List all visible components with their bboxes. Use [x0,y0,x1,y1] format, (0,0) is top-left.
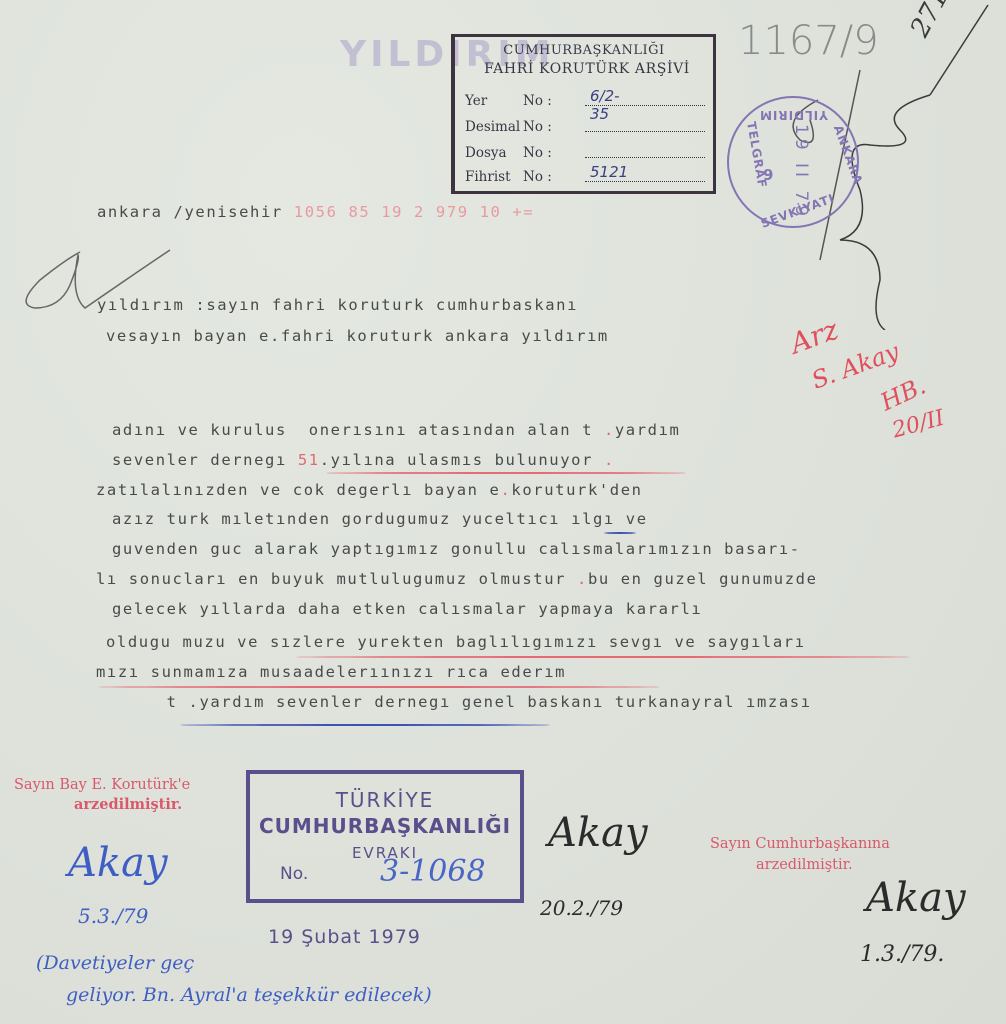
document-number: 3-1068 [380,854,520,889]
signature-akay-blue: Akay [68,840,168,886]
blue-mark [604,532,636,534]
body-line: adını ve kurulus onerısını atasından ala… [112,421,680,439]
signature-date-black: 20.2./79 [540,896,623,920]
archive-stamp-title: CUMHURBAŞKANLIĞI [455,43,713,58]
bottom-left-stamp-line2: arzedilmiştir. [74,796,182,813]
blue-underline [180,724,550,726]
body-line-signature: t .yardım sevenler dernegı genel baskanı… [112,693,812,711]
telegram-origin: ankara /yenisehir 1056 85 19 2 979 10 += [97,203,534,221]
archive-row-desimal: DesimalNo : [465,119,552,135]
body-line: gelecek yıllarda daha etken calısmalar y… [112,600,702,618]
bottom-left-stamp-line1: Sayın Bay E. Korutürk'e [14,777,190,793]
archive-row-dosya: DosyaNo : [465,145,552,161]
address-line-1: yıldırım :sayın fahri koruturk cumhurbas… [97,296,578,314]
stamp-date: 19 Şubat 1979 [268,926,421,948]
telegraph-circular-stamp: YILDIRIM TELGRAF SEVKİYATI ANKARA 19 II … [727,96,859,228]
bottom-right-stamp-line1: Sayın Cumhurbaşkanına [710,836,890,852]
archive-row-yer: YerNo : 6/2-35 [465,93,552,109]
body-line: mızı sunmamıza musaadelerıınızı rıca ede… [96,663,566,681]
signature-akay-black: Akay [548,810,648,856]
archive-yer-value: 6/2-35 [590,87,620,123]
signature-akay-right: Akay [866,875,966,921]
archive-stamp: CUMHURBAŞKANLIĞI FAHRİ KORUTÜRK ARŞİVİ Y… [451,34,716,194]
body-line: zatılalınızden ve cok degerlı bayan e.ko… [96,481,643,499]
red-underline [296,656,910,658]
presidency-document-stamp: TÜRKİYE CUMHURBAŞKANLIĞI EVRAKI No. 3-10… [246,770,524,903]
signature-date-right: 1.3./79. [860,942,944,967]
body-line: azız turk mıletınden gordugumuz yuceltıc… [112,510,648,528]
body-line: oldugu muzu ve sızlere yurekten baglılıg… [106,633,806,651]
archive-fihrist-value: 5121 [590,163,628,181]
body-line: guvenden guc alarak yaptıgımız gonullu c… [112,540,801,558]
red-underline [98,686,660,688]
handwritten-note-line2: geliyor. Bn. Ayral'a teşekkür edilecek) [66,984,432,1006]
telegram-code: 1056 85 19 2 979 10 += [294,203,535,221]
red-underline [326,472,686,474]
address-line-2: vesayın bayan e.fahri koruturk ankara yı… [106,327,609,345]
handwritten-note-line1: (Davetiyeler geç [36,952,194,974]
signature-date-blue: 5.3./79 [78,904,148,928]
body-line: sevenler dernegı 51.yılına ulasmıs bulun… [112,451,615,469]
body-line: lı sonucları en buyuk mutlulugumuz olmus… [96,570,818,588]
archive-row-fihrist: FihristNo : 5121 [465,169,552,185]
bottom-right-stamp-line2: arzedilmiştir. [756,857,853,873]
archive-stamp-subtitle: FAHRİ KORUTÜRK ARŞİVİ [461,61,713,77]
